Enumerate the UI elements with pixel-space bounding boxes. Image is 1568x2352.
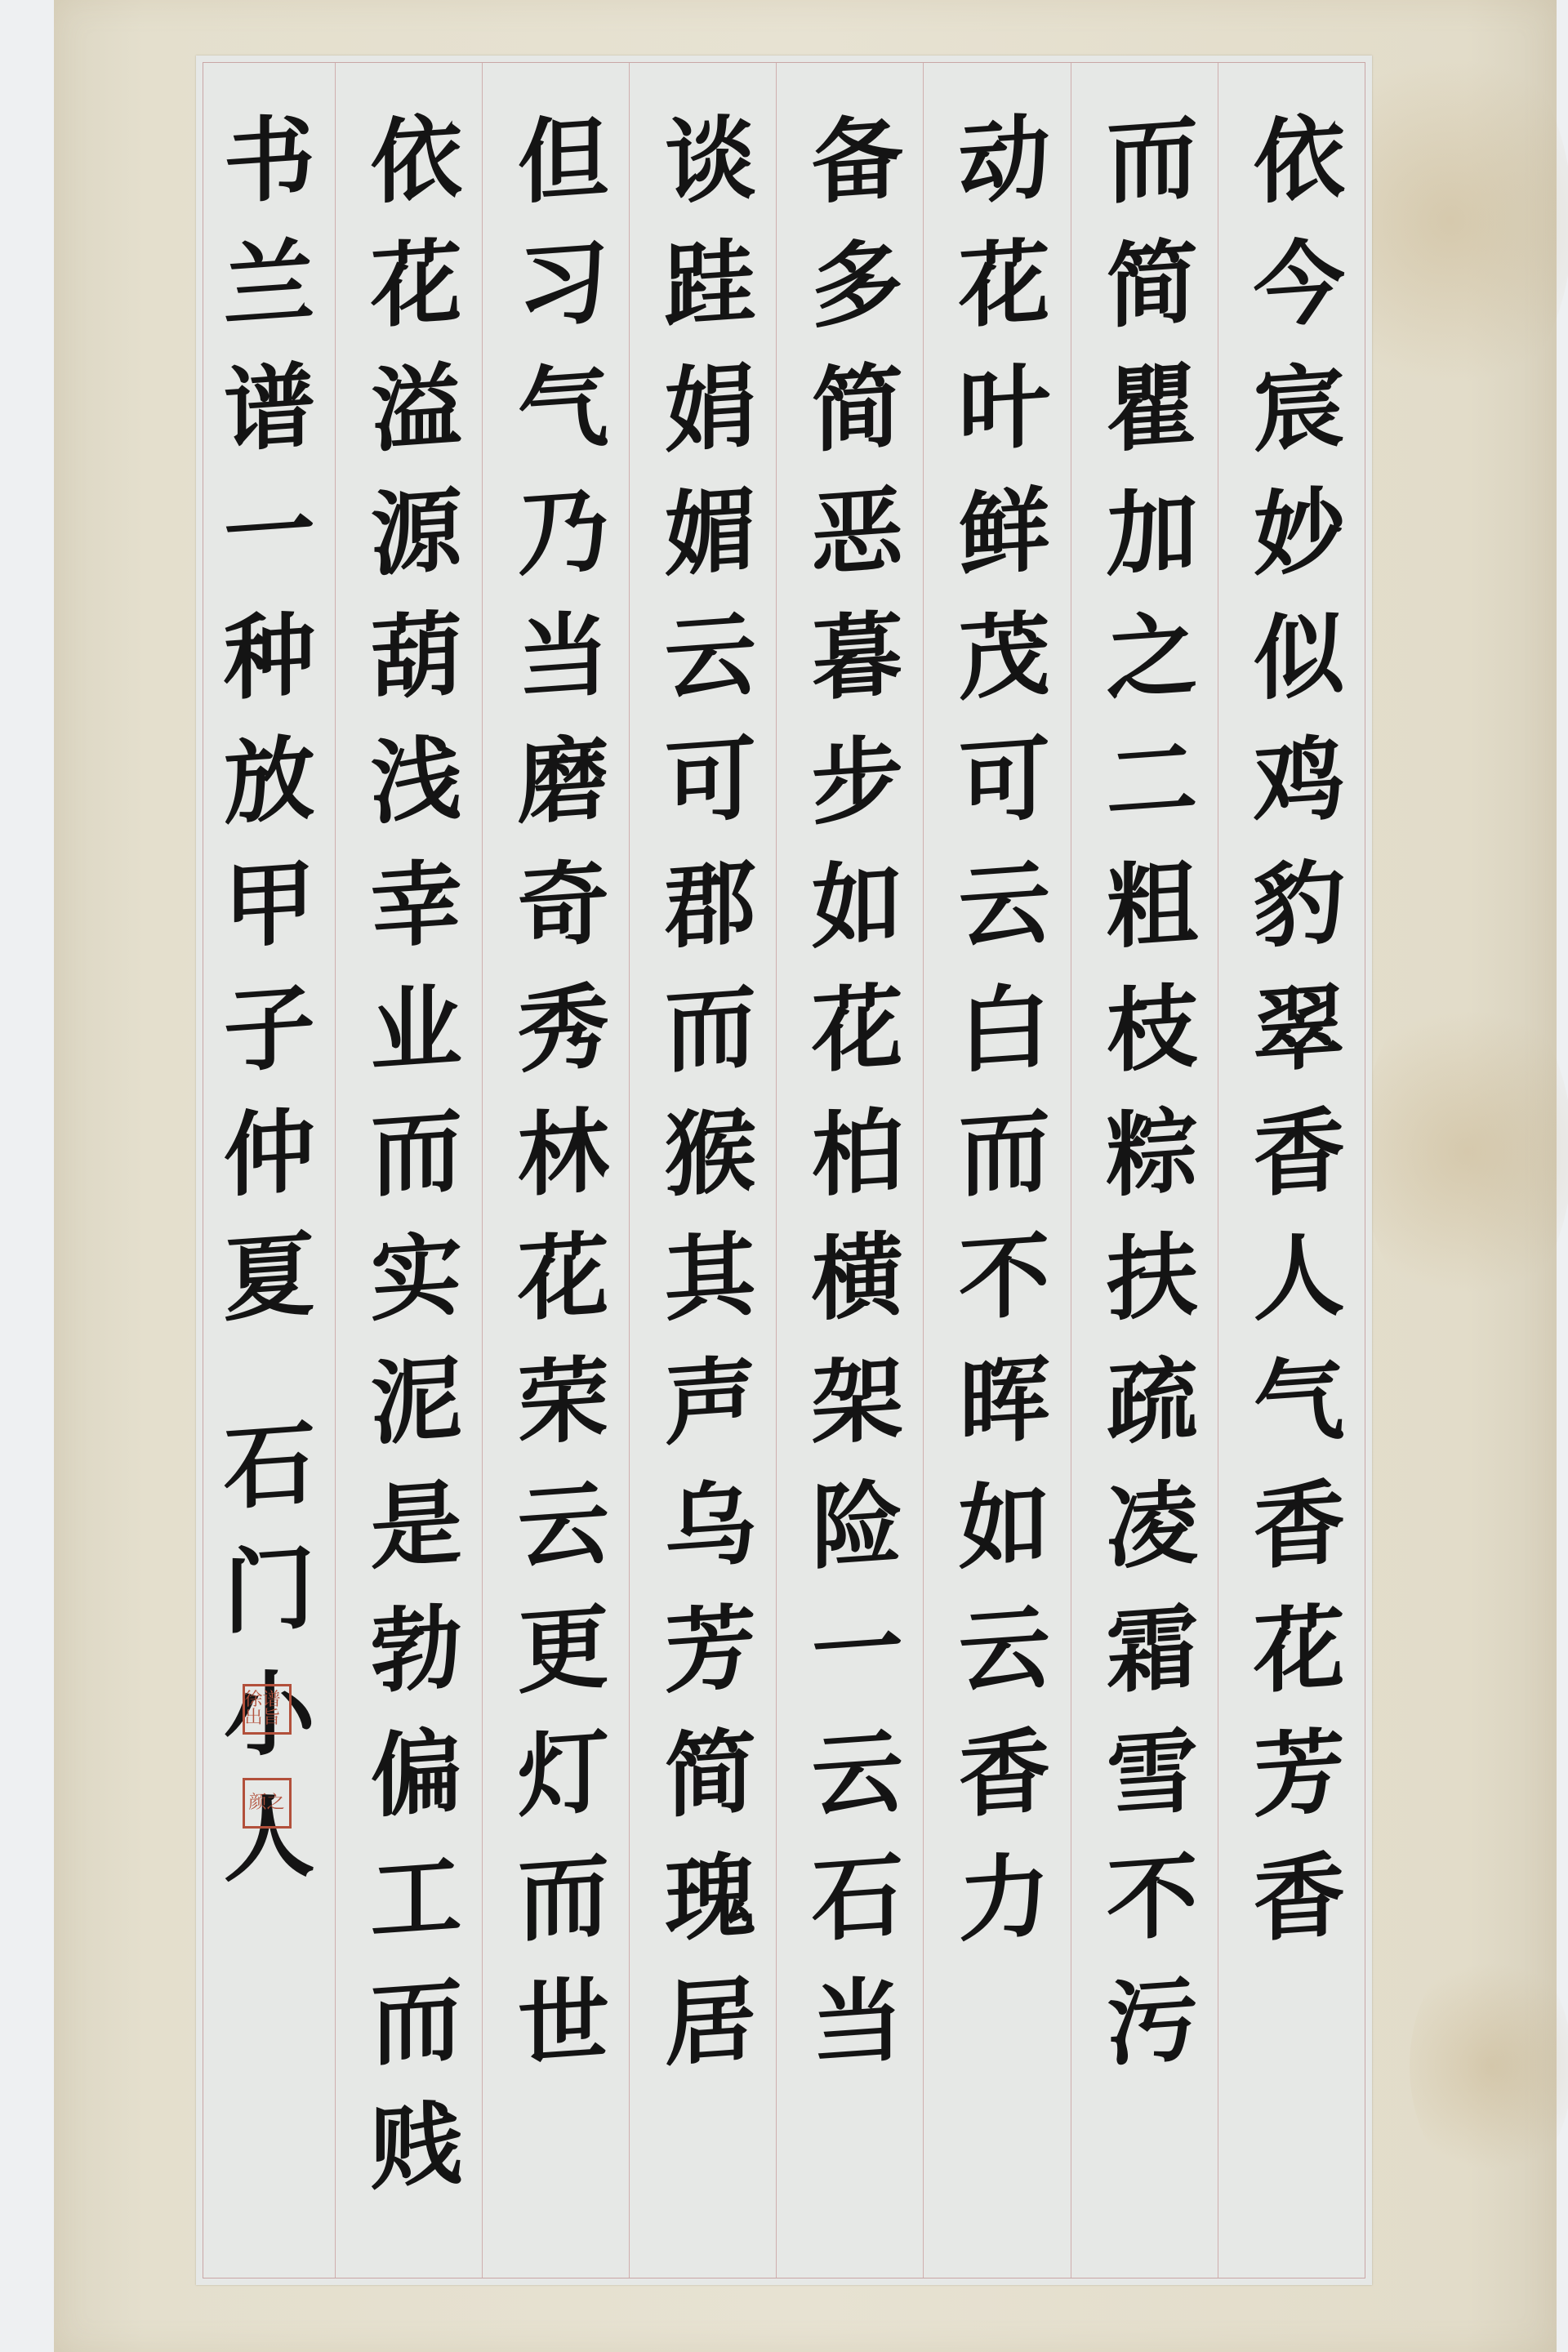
column-7: 依花溢源葫浅幸业而实泥是勃偏工而贱 <box>335 63 482 2278</box>
column-text: 依今宸妙似鸡豹翠香人气香花芳香 <box>1218 107 1365 1980</box>
column-text: 动花叶鲜茂可云白而不晖如云香力 <box>924 107 1070 1980</box>
column-2: 而简瞿加之二粗枝粽扶疏凌霜雪不污 <box>1071 63 1218 2278</box>
column-text: 谈跬娟媚云可郡而猴其声乌芳简瑰居 <box>630 107 776 2104</box>
seal-lower: 颜之 <box>243 1778 292 1829</box>
column-4: 备多简恶暮步如花柏横架险一云石当 <box>776 63 923 2278</box>
column-text: 但习气乃当磨奇秀林花荣云更灯而世 <box>483 107 629 2104</box>
column-text: 备多简恶暮步如花柏横架险一云石当 <box>777 107 923 2104</box>
column-6: 但习气乃当磨奇秀林花荣云更灯而世 <box>482 63 629 2278</box>
column-3: 动花叶鲜茂可云白而不晖如云香力 <box>923 63 1070 2278</box>
column-1: 依今宸妙似鸡豹翠香人气香花芳香 <box>1218 63 1365 2278</box>
column-text: 而简瞿加之二粗枝粽扶疏凌霜雪不污 <box>1071 107 1218 2104</box>
seal-text: 徐谱出旨 <box>245 1691 289 1727</box>
seal-text: 颜之 <box>248 1794 284 1812</box>
age-stain <box>1410 1944 1568 2189</box>
column-text: 依花溢源葫浅幸业而实泥是勃偏工而贱 <box>336 107 482 2228</box>
seal-upper: 徐谱出旨 <box>243 1684 292 1735</box>
column-8-inscription: 书兰谱一种放甲子仲夏 石门小人 徐谱出旨 颜之 <box>189 63 335 2278</box>
inscription-text: 书兰谱一种放甲子仲夏 石门小人 <box>189 107 335 1920</box>
column-grid: 依今宸妙似鸡豹翠香人气香花芳香 而简瞿加之二粗枝粽扶疏凌霜雪不污 动花叶鲜茂可云… <box>203 62 1365 2278</box>
calligraphy-paper: 依今宸妙似鸡豹翠香人气香花芳香 而简瞿加之二粗枝粽扶疏凌霜雪不污 动花叶鲜茂可云… <box>196 56 1372 2285</box>
column-5: 谈跬娟媚云可郡而猴其声乌芳简瑰居 <box>629 63 776 2278</box>
age-stain <box>1361 980 1568 1323</box>
